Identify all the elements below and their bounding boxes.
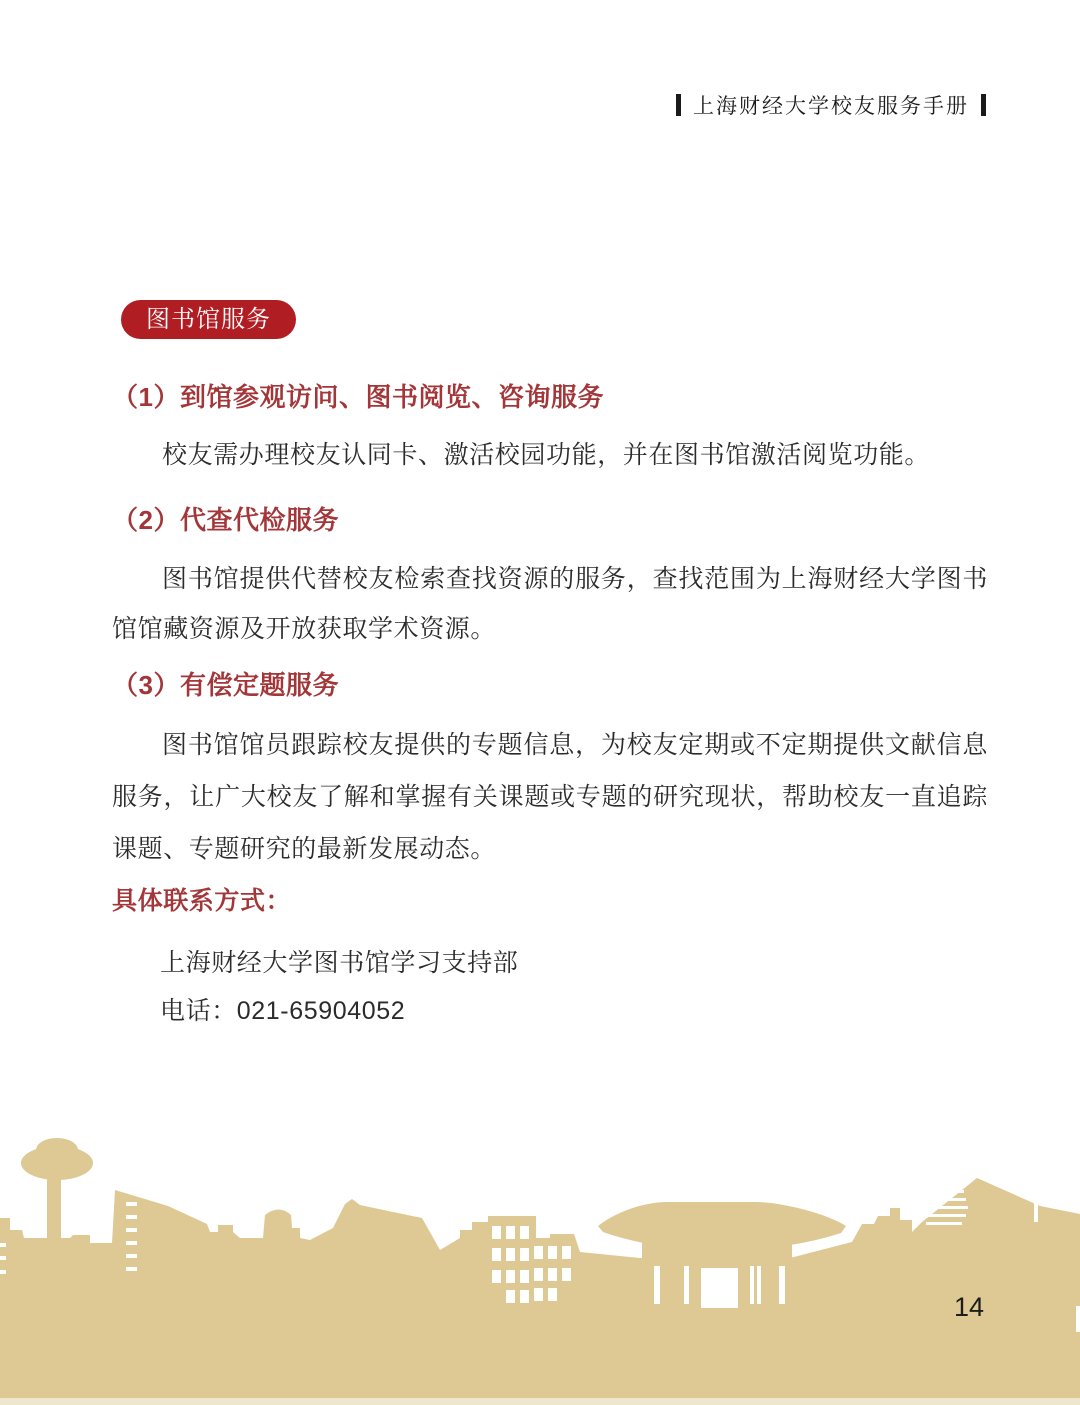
- water-tower-top-silhouette: [36, 1138, 78, 1162]
- contact-phone: 电话：021-65904052: [160, 994, 405, 1028]
- page-bottom-strip: [0, 1398, 1080, 1405]
- campus-skyline-illustration: [0, 1120, 1080, 1405]
- section-1-body: 校友需办理校友认同卡、激活校园功能，并在图书馆激活阅览功能。: [112, 430, 988, 480]
- right-building-slit: [1034, 1192, 1038, 1222]
- contact-department: 上海财经大学图书馆学习支持部: [160, 946, 518, 980]
- right-edge-notch: [1076, 1306, 1080, 1332]
- gate-roof-silhouette: [598, 1202, 846, 1247]
- gate-body-silhouette: [642, 1242, 792, 1405]
- page-content: （1）到馆参观访问、图书阅览、咨询服务 校友需办理校友认同卡、激活校园功能，并在…: [112, 0, 988, 1120]
- page-number: 14: [946, 1292, 992, 1323]
- section-1-heading: （1）到馆参观访问、图书阅览、咨询服务: [112, 382, 988, 412]
- section-2-body: 图书馆提供代替校友检索查找资源的服务，查找范围为上海财经大学图书馆馆藏资源及开放…: [112, 554, 988, 654]
- section-2-heading: （2）代查代检服务: [112, 505, 988, 535]
- contact-heading: 具体联系方式：: [112, 886, 291, 916]
- section-3-heading: （3）有偿定题服务: [112, 670, 988, 700]
- water-tower-stem-silhouette: [47, 1174, 61, 1248]
- section-3-body: 图书馆馆员跟踪校友提供的专题信息，为校友定期或不定期提供文献信息服务，让广大校友…: [112, 719, 988, 875]
